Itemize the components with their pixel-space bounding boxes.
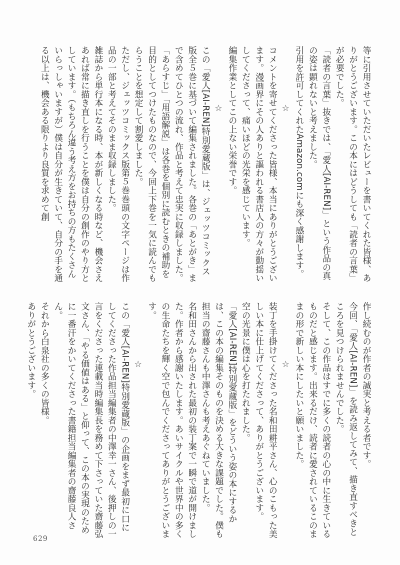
text-block-bottom: 作し続むのが作者の誠実と考える者です。 今回、「愛人[AI-REN]」を読み返し… [20, 302, 372, 540]
paragraph: 「あらすじ」「用語解説」は各巻を個別に読むときの補助を目的としてつけたものなので… [131, 46, 171, 284]
paragraph: コメントを寄せてくださった皆様、本当にありがとうございます。漫画界にその人ありと… [238, 46, 278, 284]
paragraph: 名和田さんから出された最初の装丁案で一瞬で道が開けました。作者から感謝いたします… [144, 302, 198, 540]
star-separator-icon: ☆ [278, 46, 291, 284]
paragraph: 今回、「愛人[AI-REN]」を読み返してみて、描き直すべきところを見つけられま… [332, 302, 359, 540]
paragraph: 装丁を手掛けてくださった名和田耕平さん、心のこもった美しい本に仕上げてくださって… [251, 302, 278, 540]
paragraph: 作し続むのが作者の誠実と考える者です。 [359, 302, 372, 540]
star-separator-icon: ☆ [131, 302, 144, 540]
page-number: 629 [33, 535, 48, 543]
paragraph: 引用を許可してくれたAmazon.comにも深く感謝します。 [292, 46, 305, 284]
paragraph: 空の光景に僕は心を打たれました。 [238, 302, 251, 540]
paragraph: この「愛人[AI-REN]特別愛蔵版」の企画をまず最初に口にしてくださった作品担… [50, 302, 130, 540]
paragraph: それから白泉社の多くの皆様。 [37, 302, 50, 540]
paragraph: 「愛人[AI-REN]特別愛蔵版」をどういう姿の本にするかは、この本の編集そのも… [198, 302, 238, 540]
book-page: 等に引用させていただいたレビューを書いてくれた皆様、ありがとうございます。この本… [0, 0, 400, 565]
paragraph: ただし、ジェッツコミックス版第５巻巻頭の文字ページは作品の一部と考えてそのまま収… [104, 46, 131, 284]
text-block-top: 等に引用させていただいたレビューを書いてくれた皆様、ありがとうございます。この本… [20, 46, 372, 284]
star-separator-icon: ☆ [278, 302, 291, 540]
paragraph: 等に引用させていただいたレビューを書いてくれた皆様、ありがとうございます。この本… [332, 46, 372, 284]
paragraph: ありがとうございます。 [23, 302, 36, 540]
paragraph: 編集作業としてこの上ない栄誉です。 [225, 46, 238, 284]
paragraph: そして、この作品はすでに多くの読者の心の中に生きているものだと感じます。出来るだ… [292, 302, 332, 540]
paragraph: この「愛人[AI-REN]特別愛蔵版」は、ジェッツコミックス版全５巻に基づいて編… [171, 46, 211, 284]
paragraph: 「読者の言葉」抜きでは、「愛人[AI-REN]」という作品の真の姿は顕れないと考… [305, 46, 332, 284]
paragraph: 雑誌から単行本になる時、本が新しくなる時など、機会さえあれば常に描き直しを行うこ… [37, 46, 104, 284]
star-separator-icon: ☆ [211, 46, 224, 284]
